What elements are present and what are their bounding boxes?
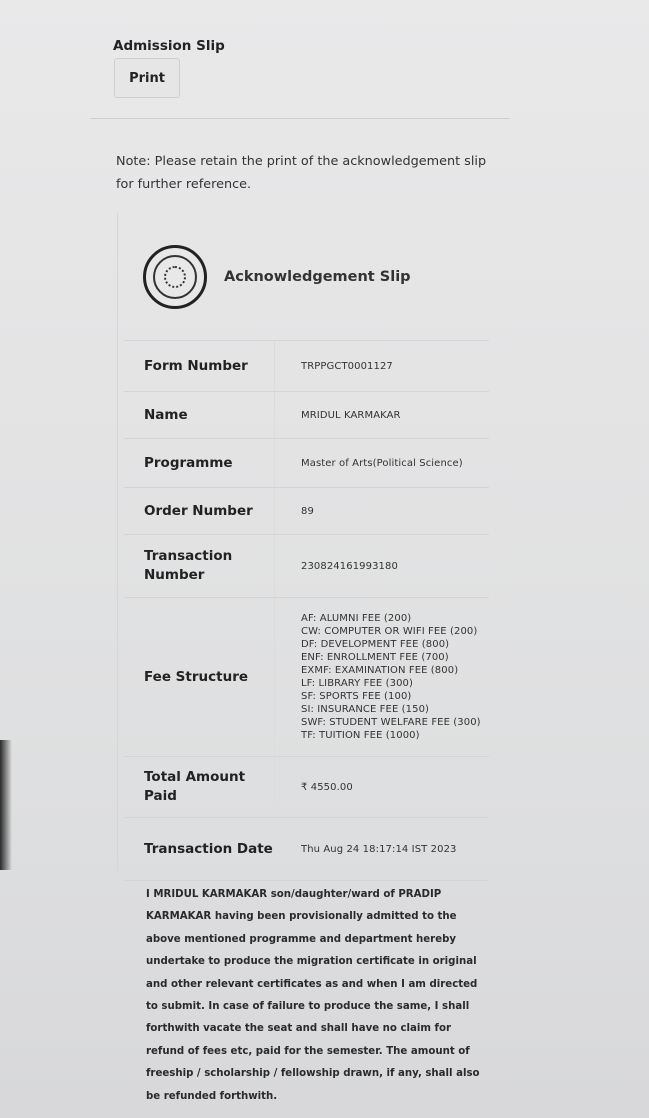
fee-list: AF: ALUMNI FEE (200)CW: COMPUTER OR WIFI…	[301, 612, 481, 742]
row-label: Name	[124, 392, 274, 438]
fee-item: SF: SPORTS FEE (100)	[301, 690, 481, 703]
details-table: Form Number TRPPGCT0001127 Name MRIDUL K…	[124, 340, 489, 881]
fee-item: CW: COMPUTER OR WIFI FEE (200)	[301, 625, 481, 638]
fee-structure-value: AF: ALUMNI FEE (200)CW: COMPUTER OR WIFI…	[274, 598, 489, 756]
table-row-fee-structure: Fee Structure AF: ALUMNI FEE (200)CW: CO…	[124, 597, 489, 756]
page-edge-shadow	[0, 740, 12, 870]
fee-item: ENF: ENROLLMENT FEE (700)	[301, 651, 481, 664]
fee-item: SI: INSURANCE FEE (150)	[301, 703, 481, 716]
page-title: Admission Slip	[113, 38, 225, 54]
order-number-value: 89	[274, 488, 489, 534]
row-label: Transaction Number	[124, 535, 274, 597]
university-seal-icon	[143, 245, 207, 309]
table-row-transaction-number: Transaction Number 230824161993180	[124, 534, 489, 597]
form-number-value: TRPPGCT0001127	[274, 341, 489, 391]
slip-header: Acknowledgement Slip	[143, 242, 411, 312]
row-label: Form Number	[124, 341, 274, 391]
row-label: Programme	[124, 439, 274, 487]
table-row-name: Name MRIDUL KARMAKAR	[124, 391, 489, 438]
fee-item: SWF: STUDENT WELFARE FEE (300)	[301, 716, 481, 729]
table-row-transaction-date: Transaction Date Thu Aug 24 18:17:14 IST…	[124, 817, 489, 881]
programme-value: Master of Arts(Political Science)	[274, 439, 489, 487]
print-button[interactable]: Print	[114, 58, 180, 98]
row-label: Order Number	[124, 488, 274, 534]
total-amount-value: ₹ 4550.00	[274, 757, 489, 817]
fee-item: AF: ALUMNI FEE (200)	[301, 612, 481, 625]
table-row-order-number: Order Number 89	[124, 487, 489, 534]
note-text: Note: Please retain the print of the ack…	[116, 150, 506, 196]
fee-item: EXMF: EXAMINATION FEE (800)	[301, 664, 481, 677]
transaction-number-value: 230824161993180	[274, 535, 489, 597]
row-label: Total Amount Paid	[124, 757, 274, 817]
row-label: Transaction Date	[124, 818, 274, 880]
transaction-date-value: Thu Aug 24 18:17:14 IST 2023	[274, 818, 489, 880]
fee-item: LF: LIBRARY FEE (300)	[301, 677, 481, 690]
declaration-text: I MRIDUL KARMAKAR son/daughter/ward of P…	[146, 884, 491, 1108]
fee-item: TF: TUITION FEE (1000)	[301, 729, 481, 742]
slip-title: Acknowledgement Slip	[224, 269, 411, 285]
divider	[90, 118, 510, 119]
row-label: Fee Structure	[124, 598, 274, 756]
table-row-total-amount: Total Amount Paid ₹ 4550.00	[124, 756, 489, 817]
table-row-form-number: Form Number TRPPGCT0001127	[124, 340, 489, 391]
name-value: MRIDUL KARMAKAR	[274, 392, 489, 438]
fee-item: DF: DEVELOPMENT FEE (800)	[301, 638, 481, 651]
table-row-programme: Programme Master of Arts(Political Scien…	[124, 438, 489, 487]
